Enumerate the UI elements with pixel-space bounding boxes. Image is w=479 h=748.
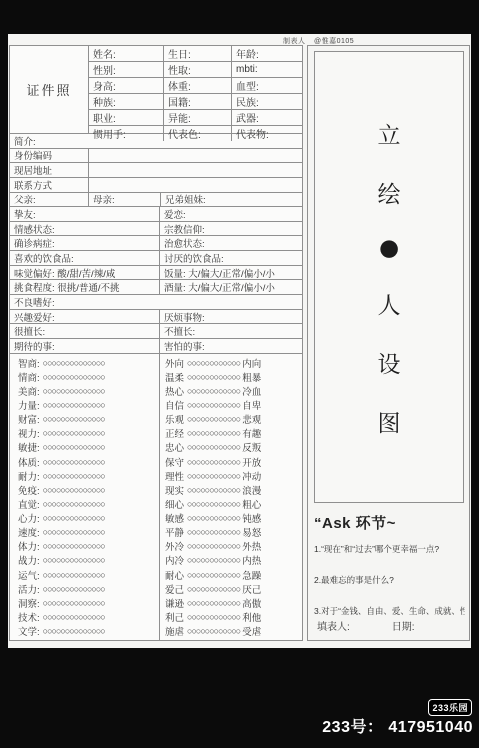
- rating-circles[interactable]: ○○○○○○○○○○○○○○: [43, 428, 105, 438]
- trait-left-label: 耐心: [165, 568, 184, 582]
- filler-field[interactable]: 填表人:: [317, 618, 350, 633]
- field-value[interactable]: [89, 149, 302, 163]
- field-cell[interactable]: 体重:: [164, 78, 232, 93]
- stat-row: 力量:○○○○○○○○○○○○○○: [10, 398, 159, 412]
- trait-row: 谦逊○○○○○○○○○○○○高傲: [160, 596, 302, 610]
- trait-row: 内冷○○○○○○○○○○○○内热: [160, 553, 302, 567]
- field-cell[interactable]: 身高:: [89, 78, 164, 93]
- form-row: 挑食程度: 很挑/普通/不挑酒量: 大/偏大/正常/偏小/小: [10, 280, 302, 295]
- trait-right-label: 急躁: [242, 568, 261, 582]
- panel-vertical-title: 立绘●人设图: [378, 117, 401, 438]
- field-cell[interactable]: 治愈状态:: [160, 236, 302, 250]
- trait-row: 敏感○○○○○○○○○○○○钝感: [160, 511, 302, 525]
- stat-label: 活力:: [18, 582, 40, 596]
- form-row: 姓名:生日:年龄:: [89, 46, 302, 62]
- intro-row: 简介:: [10, 134, 302, 149]
- trait-row: 细心○○○○○○○○○○○○粗心: [160, 497, 302, 511]
- trait-left-label: 乐观: [165, 412, 184, 426]
- stat-row: 免疫:○○○○○○○○○○○○○○: [10, 483, 159, 497]
- trait-right-label: 钝感: [242, 511, 261, 525]
- trait-right-label: 受虐: [242, 624, 261, 638]
- field-value[interactable]: [36, 134, 302, 148]
- stat-label: 技术:: [18, 610, 40, 624]
- rating-circles[interactable]: ○○○○○○○○○○○○: [187, 428, 240, 438]
- stat-row: 体力:○○○○○○○○○○○○○○: [10, 539, 159, 553]
- field-cell[interactable]: 饭量: 大/偏大/正常/偏小/小: [160, 266, 302, 280]
- rating-circles[interactable]: ○○○○○○○○○○○○: [187, 386, 240, 396]
- form-row: 身份编码: [10, 149, 302, 164]
- rating-circles[interactable]: ○○○○○○○○○○○○: [187, 400, 240, 410]
- character-form-table: 证件照 姓名:生日:年龄:性别:性取:mbti:身高:体重:血型:种族:国籍:民…: [9, 45, 303, 641]
- rating-circles[interactable]: ○○○○○○○○○○○○: [187, 471, 240, 481]
- rating-circles[interactable]: ○○○○○○○○○○○○: [187, 527, 240, 537]
- rating-circles[interactable]: ○○○○○○○○○○○○○○: [43, 584, 105, 594]
- form-row: 挚友:爱恋:: [10, 207, 302, 222]
- trait-left-label: 自信: [165, 398, 184, 412]
- trait-right-label: 利他: [242, 610, 261, 624]
- stat-row: 运气:○○○○○○○○○○○○○○: [10, 567, 159, 581]
- identity-rows: 身份编码现居地址联系方式: [10, 149, 302, 193]
- stat-row: 速度:○○○○○○○○○○○○○○: [10, 525, 159, 539]
- rating-circles[interactable]: ○○○○○○○○○○○○○○: [43, 626, 105, 636]
- trait-right-label: 内向: [242, 356, 261, 370]
- rating-circles[interactable]: ○○○○○○○○○○○○○○: [43, 499, 105, 509]
- trait-row: 正经○○○○○○○○○○○○有趣: [160, 426, 302, 440]
- rating-circles[interactable]: ○○○○○○○○○○○○○○: [43, 457, 105, 467]
- stat-row: 直觉:○○○○○○○○○○○○○○: [10, 497, 159, 511]
- trait-left-label: 外向: [165, 356, 184, 370]
- rating-circles[interactable]: ○○○○○○○○○○○○○○: [43, 555, 105, 565]
- form-row: 情感状态:宗教信仰:: [10, 222, 302, 237]
- form-row: 职业:异能:武器:: [89, 110, 302, 126]
- standing-art-box[interactable]: 立绘●人设图: [314, 51, 464, 503]
- field-cell[interactable]: 厌烦事物:: [160, 310, 302, 324]
- stat-label: 情商:: [18, 370, 40, 384]
- stat-label: 心力:: [18, 511, 40, 525]
- rating-circles[interactable]: ○○○○○○○○○○○○: [187, 598, 240, 608]
- field-cell[interactable]: 宗教信仰:: [160, 222, 302, 236]
- trait-right-label: 冷血: [242, 384, 261, 398]
- trait-right-label: 粗暴: [242, 370, 261, 384]
- stat-row: 智商:○○○○○○○○○○○○○○: [10, 356, 159, 370]
- field-value[interactable]: [89, 163, 302, 177]
- stat-label: 洞察:: [18, 596, 40, 610]
- rating-circles[interactable]: ○○○○○○○○○○○○: [187, 414, 240, 424]
- id-photo-cell[interactable]: 证件照: [10, 46, 89, 133]
- trait-right-label: 冲动: [242, 469, 261, 483]
- stat-label: 视力:: [18, 426, 40, 440]
- rating-circles[interactable]: ○○○○○○○○○○○○○○: [43, 372, 105, 382]
- trait-row: 温柔○○○○○○○○○○○○粗暴: [160, 370, 302, 384]
- stat-row: 美商:○○○○○○○○○○○○○○: [10, 384, 159, 398]
- trait-right-label: 内热: [242, 553, 261, 567]
- stat-label: 战力:: [18, 553, 40, 567]
- likes-rows: 兴趣爱好:厌烦事物:很擅长:不擅长:期待的事:害怕的事:: [10, 310, 302, 354]
- trait-right-label: 粗心: [242, 497, 261, 511]
- ability-stats-column: 智商:○○○○○○○○○○○○○○情商:○○○○○○○○○○○○○○美商:○○○…: [10, 354, 160, 640]
- field-label: 身份编码: [10, 149, 89, 163]
- rating-circles[interactable]: ○○○○○○○○○○○○○○: [43, 485, 105, 495]
- stat-row: 耐力:○○○○○○○○○○○○○○: [10, 469, 159, 483]
- trait-row: 外冷○○○○○○○○○○○○外热: [160, 539, 302, 553]
- form-row: 身高:体重:血型:: [89, 78, 302, 94]
- date-field[interactable]: 日期:: [392, 618, 415, 633]
- rating-circles[interactable]: ○○○○○○○○○○○○: [187, 513, 240, 523]
- trait-left-label: 内冷: [165, 553, 184, 567]
- trait-row: 外向○○○○○○○○○○○○内向: [160, 356, 302, 370]
- field-cell[interactable]: 姓名:: [89, 46, 164, 61]
- trait-right-label: 自卑: [242, 398, 261, 412]
- trait-left-label: 外冷: [165, 539, 184, 553]
- field-label: 不良嗜好:: [10, 295, 55, 309]
- field-cell[interactable]: 国籍:: [164, 94, 232, 109]
- stat-label: 财富:: [18, 412, 40, 426]
- trait-row: 平静○○○○○○○○○○○○易怒: [160, 525, 302, 539]
- stat-label: 体质:: [18, 455, 40, 469]
- trait-row: 热心○○○○○○○○○○○○冷血: [160, 384, 302, 398]
- rating-circles[interactable]: ○○○○○○○○○○○○: [187, 358, 240, 368]
- form-row: 种族:国籍:民族:: [89, 94, 302, 110]
- stat-label: 智商:: [18, 356, 40, 370]
- app-screen: 制表人 @惟嘉0105 证件照 姓名:生日:年龄:性别:性取:mbti:身高:体…: [0, 0, 479, 748]
- trait-right-label: 反叛: [242, 440, 261, 454]
- stat-row: 敏捷:○○○○○○○○○○○○○○: [10, 440, 159, 454]
- separator-dot: ●: [379, 235, 399, 261]
- family-row: 父亲:母亲:兄弟姐妹:: [10, 193, 302, 208]
- trait-scales-column: 外向○○○○○○○○○○○○内向温柔○○○○○○○○○○○○粗暴热心○○○○○○…: [160, 354, 302, 640]
- stat-label: 力量:: [18, 398, 40, 412]
- field-cell[interactable]: 爱恋:: [160, 207, 302, 221]
- form-row: 味觉偏好: 酸/甜/苦/辣/咸饭量: 大/偏大/正常/偏小/小: [10, 266, 302, 281]
- field-value[interactable]: [89, 178, 302, 192]
- field-cell[interactable]: 挑食程度: 很挑/普通/不挑: [10, 280, 160, 294]
- trait-left-label: 忠心: [165, 440, 184, 454]
- rating-circles[interactable]: ○○○○○○○○○○○○: [187, 372, 240, 382]
- field-cell[interactable]: 异能:: [164, 110, 232, 125]
- stat-label: 耐力:: [18, 469, 40, 483]
- trait-left-label: 利己: [165, 610, 184, 624]
- bad-habit-row: 不良嗜好:: [10, 295, 302, 310]
- rating-circles[interactable]: ○○○○○○○○○○○○: [187, 457, 240, 467]
- field-cell[interactable]: 期待的事:: [10, 339, 160, 353]
- field-cell[interactable]: 民族:: [232, 94, 302, 109]
- trait-left-label: 温柔: [165, 370, 184, 384]
- trait-left-label: 敏感: [165, 511, 184, 525]
- field-cell[interactable]: 生日:: [164, 46, 232, 61]
- field-cell[interactable]: 职业:: [89, 110, 164, 125]
- trait-row: 施虐○○○○○○○○○○○○受虐: [160, 624, 302, 638]
- form-row: 喜欢的饮食品:讨厌的饮食品:: [10, 251, 302, 266]
- illustration-panel: 立绘●人设图 “Ask 环节~ 1.“现在”和“过去”哪个更幸福一点?2.最难忘…: [307, 45, 470, 641]
- stat-label: 直觉:: [18, 497, 40, 511]
- stat-label: 速度:: [18, 525, 40, 539]
- stat-row: 洞察:○○○○○○○○○○○○○○: [10, 596, 159, 610]
- trait-left-label: 平静: [165, 525, 184, 539]
- rating-circles[interactable]: ○○○○○○○○○○○○○○: [43, 400, 105, 410]
- stat-label: 运气:: [18, 568, 40, 582]
- stat-label: 美商:: [18, 384, 40, 398]
- field-cell[interactable]: 酒量: 大/偏大/正常/偏小/小: [160, 280, 302, 294]
- form-row: 联系方式: [10, 178, 302, 193]
- stat-row: 战力:○○○○○○○○○○○○○○: [10, 553, 159, 567]
- trait-right-label: 有趣: [242, 426, 261, 440]
- ask-question: 3.对于“金钱、自由、爱、生命、成就、性”的排序?: [314, 605, 465, 617]
- trait-row: 利己○○○○○○○○○○○○利他: [160, 610, 302, 624]
- rating-circles[interactable]: ○○○○○○○○○○○○○○: [43, 612, 105, 622]
- rating-circles[interactable]: ○○○○○○○○○○○○○○: [43, 541, 105, 551]
- trait-left-label: 施虐: [165, 624, 184, 638]
- stat-row: 文学:○○○○○○○○○○○○○○: [10, 624, 159, 638]
- form-row: 兴趣爱好:厌烦事物:: [10, 310, 302, 325]
- rating-circles[interactable]: ○○○○○○○○○○○○○○: [43, 598, 105, 608]
- panel-footer: 填表人: 日期:: [317, 618, 415, 633]
- trait-row: 忠心○○○○○○○○○○○○反叛: [160, 440, 302, 454]
- field-cell[interactable]: 母亲:: [89, 193, 161, 207]
- stat-label: 敏捷:: [18, 440, 40, 454]
- rating-circles[interactable]: ○○○○○○○○○○○○: [187, 570, 240, 580]
- field-label: 现居地址: [10, 163, 89, 177]
- trait-row: 爱己○○○○○○○○○○○○厌己: [160, 582, 302, 596]
- trait-left-label: 保守: [165, 455, 184, 469]
- trait-right-label: 厌己: [242, 582, 261, 596]
- stat-row: 心力:○○○○○○○○○○○○○○: [10, 511, 159, 525]
- trait-left-label: 细心: [165, 497, 184, 511]
- rating-circles[interactable]: ○○○○○○○○○○○○○○: [43, 358, 105, 368]
- trait-left-label: 热心: [165, 384, 184, 398]
- stat-row: 技术:○○○○○○○○○○○○○○: [10, 610, 159, 624]
- field-cell[interactable]: 性别:: [89, 62, 164, 77]
- trait-row: 自信○○○○○○○○○○○○自卑: [160, 398, 302, 412]
- rating-circles[interactable]: ○○○○○○○○○○○○○○: [43, 414, 105, 424]
- stat-row: 体质:○○○○○○○○○○○○○○: [10, 454, 159, 468]
- form-row: 确诊病症:治愈状态:: [10, 236, 302, 251]
- stat-row: 情商:○○○○○○○○○○○○○○: [10, 370, 159, 384]
- basic-info-rows: 姓名:生日:年龄:性别:性取:mbti:身高:体重:血型:种族:国籍:民族:职业…: [89, 46, 302, 133]
- form-layer: 证件照 姓名:生日:年龄:性别:性取:mbti:身高:体重:血型:种族:国籍:民…: [8, 34, 471, 648]
- stats-section: 智商:○○○○○○○○○○○○○○情商:○○○○○○○○○○○○○○美商:○○○…: [10, 354, 302, 640]
- stat-label: 文学:: [18, 624, 40, 638]
- rating-circles[interactable]: ○○○○○○○○○○○○○○: [43, 442, 105, 452]
- rating-circles[interactable]: ○○○○○○○○○○○○○○: [43, 386, 105, 396]
- title-char: 设: [378, 346, 401, 379]
- field-cell[interactable]: 味觉偏好: 酸/甜/苦/辣/咸: [10, 266, 160, 280]
- rating-circles[interactable]: ○○○○○○○○○○○○○○: [43, 471, 105, 481]
- trait-row: 保守○○○○○○○○○○○○开放: [160, 454, 302, 468]
- trait-right-label: 外热: [242, 539, 261, 553]
- rating-circles[interactable]: ○○○○○○○○○○○○○○: [43, 527, 105, 537]
- rating-circles[interactable]: ○○○○○○○○○○○○: [187, 584, 240, 594]
- field-cell[interactable]: 兄弟姐妹:: [161, 193, 302, 207]
- field-cell[interactable]: 年龄:: [232, 46, 302, 61]
- trait-right-label: 悲观: [242, 412, 261, 426]
- trait-row: 耐心○○○○○○○○○○○○急躁: [160, 567, 302, 581]
- field-cell[interactable]: 害怕的事:: [160, 339, 302, 353]
- trait-right-label: 高傲: [242, 596, 261, 610]
- field-cell[interactable]: 情感状态:: [10, 222, 160, 236]
- rating-circles[interactable]: ○○○○○○○○○○○○: [187, 626, 240, 636]
- field-cell[interactable]: 讨厌的饮食品:: [160, 251, 302, 265]
- field-value[interactable]: [55, 295, 302, 309]
- stat-label: 免疫:: [18, 483, 40, 497]
- title-char: 人: [378, 287, 401, 320]
- rating-circles[interactable]: ○○○○○○○○○○○○: [187, 499, 240, 509]
- ask-heading: “Ask 环节~: [314, 512, 465, 533]
- preference-rows: 挚友:爱恋:情感状态:宗教信仰:确诊病症:治愈状态:喜欢的饮食品:讨厌的饮食品:…: [10, 207, 302, 295]
- ask-questions: 1.“现在”和“过去”哪个更幸福一点?2.最难忘的事是什么?3.对于“金钱、自由…: [314, 543, 465, 617]
- form-row: 现居地址: [10, 163, 302, 178]
- field-cell[interactable]: 喜欢的饮食品:: [10, 251, 160, 265]
- ask-question: 2.最难忘的事是什么?: [314, 574, 465, 586]
- stat-label: 体力:: [18, 539, 40, 553]
- trait-right-label: 易怒: [242, 525, 261, 539]
- field-label: 简介:: [10, 134, 36, 148]
- stat-row: 视力:○○○○○○○○○○○○○○: [10, 426, 159, 440]
- field-cell[interactable]: 血型:: [232, 78, 302, 93]
- ask-question: 1.“现在”和“过去”哪个更幸福一点?: [314, 543, 465, 555]
- field-cell[interactable]: 很擅长:: [10, 324, 160, 338]
- photo-block: 证件照 姓名:生日:年龄:性别:性取:mbti:身高:体重:血型:种族:国籍:民…: [10, 46, 302, 134]
- field-label: 联系方式: [10, 178, 89, 192]
- title-char: 绘: [378, 176, 401, 209]
- trait-left-label: 理性: [165, 469, 184, 483]
- field-cell[interactable]: 挚友:: [10, 207, 160, 221]
- field-cell[interactable]: 性取:: [164, 62, 232, 77]
- rating-circles[interactable]: ○○○○○○○○○○○○○○: [43, 570, 105, 580]
- field-cell[interactable]: 武器:: [232, 110, 302, 125]
- trait-left-label: 正经: [165, 426, 184, 440]
- stat-row: 活力:○○○○○○○○○○○○○○: [10, 582, 159, 596]
- rating-circles[interactable]: ○○○○○○○○○○○○: [187, 612, 240, 622]
- trait-row: 理性○○○○○○○○○○○○冲动: [160, 469, 302, 483]
- field-cell[interactable]: 兴趣爱好:: [10, 310, 160, 324]
- form-row: 很擅长:不擅长:: [10, 324, 302, 339]
- trait-right-label: 浪漫: [242, 483, 261, 497]
- trait-left-label: 谦逊: [165, 596, 184, 610]
- rating-circles[interactable]: ○○○○○○○○○○○○: [187, 555, 240, 565]
- trait-left-label: 爱己: [165, 582, 184, 596]
- rating-circles[interactable]: ○○○○○○○○○○○○○○: [43, 513, 105, 523]
- trait-row: 乐观○○○○○○○○○○○○悲观: [160, 412, 302, 426]
- rating-circles[interactable]: ○○○○○○○○○○○○: [187, 541, 240, 551]
- trait-right-label: 开放: [242, 455, 261, 469]
- field-cell[interactable]: 确诊病症:: [10, 236, 160, 250]
- stat-row: 财富:○○○○○○○○○○○○○○: [10, 412, 159, 426]
- field-cell[interactable]: 父亲:: [10, 193, 89, 207]
- field-cell[interactable]: mbti:: [232, 62, 302, 77]
- trait-left-label: 现实: [165, 483, 184, 497]
- rating-circles[interactable]: ○○○○○○○○○○○○: [187, 485, 240, 495]
- form-row: 性别:性取:mbti:: [89, 62, 302, 78]
- title-char: 图: [378, 405, 401, 438]
- title-char: 立: [378, 117, 401, 150]
- form-row: 期待的事:害怕的事:: [10, 339, 302, 354]
- field-cell[interactable]: 种族:: [89, 94, 164, 109]
- trait-row: 现实○○○○○○○○○○○○浪漫: [160, 483, 302, 497]
- rating-circles[interactable]: ○○○○○○○○○○○○: [187, 442, 240, 452]
- room-id-text: 233号： 417951040: [322, 714, 473, 737]
- field-cell[interactable]: 不擅长:: [160, 324, 302, 338]
